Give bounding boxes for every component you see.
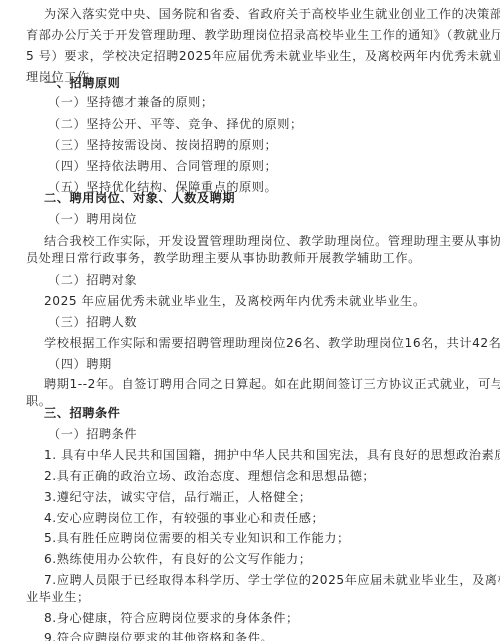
section-2-sub-1-text-1: 结合我校工作实际，开发设置管理助理岗位、教学助理岗位。管理助理主要从事协助学校工… bbox=[44, 233, 500, 249]
section-2-sub-1-title: （一）聘用岗位 bbox=[48, 211, 137, 227]
section-2-sub-3-title: （三）招聘人数 bbox=[48, 314, 137, 330]
section-2-sub-4-text-1: 聘期1--2年。自签订聘用合同之日算起。如在此期间签订三方协议正式就业，可与学校… bbox=[44, 376, 500, 392]
section-2-sub-2-title: （二）招聘对象 bbox=[48, 272, 137, 288]
condition-item-9: 9.符合应聘岗位要求的其他资格和条件。 bbox=[44, 630, 273, 641]
section-2-sub-2-text: 2025 年应届优秀未就业毕业生，及离校两年内优秀未就业毕业生。 bbox=[44, 293, 426, 309]
principle-item-4: （四）坚持依法聘用、合同管理的原则； bbox=[48, 158, 277, 174]
condition-item-4: 4.安心应聘岗位工作，有较强的事业心和责任感； bbox=[44, 510, 324, 526]
condition-item-3: 3.遵纪守法，诚实守信，品行端正，人格健全； bbox=[44, 489, 311, 505]
condition-item-8: 8.身心健康，符合应聘岗位要求的身体条件； bbox=[44, 610, 299, 626]
condition-item-5: 5.具有胜任应聘岗位需要的相关专业知识和工作能力； bbox=[44, 530, 350, 546]
condition-item-2: 2.具有正确的政治立场、政治态度、理想信念和思想品德； bbox=[44, 468, 375, 484]
section-3-sub-1-title: （一）招聘条件 bbox=[48, 426, 137, 442]
condition-item-7-line-2: 业毕业生； bbox=[26, 589, 90, 605]
section-3-title: 三、招聘条件 bbox=[44, 405, 120, 421]
condition-item-1: 1. 具有中华人民共和国国籍，拥护中华人民共和国宪法，具有良好的思想政治素质； bbox=[44, 447, 500, 463]
principle-item-2: （二）坚持公开、平等、竞争、择优的原则； bbox=[48, 116, 303, 132]
section-2-sub-3-text: 学校根据工作实际和需要招聘管理助理岗位26名、教学助理岗位16名，共计42名。 bbox=[44, 335, 500, 351]
section-2-title: 二、聘用岗位、对象、人数及聘期 bbox=[44, 190, 235, 206]
section-2-sub-4-title: （四）聘期 bbox=[48, 356, 112, 372]
principle-item-1: （一）坚持德才兼备的原则； bbox=[48, 94, 214, 110]
intro-line-2: 育部办公厅关于开发管理助理、教学助理岗位招录高校毕业生工作的通知》（教就业厅〔2… bbox=[26, 27, 500, 43]
section-2-sub-1-text-2: 员处理日常行政事务，教学助理主要从事协助教师开展教学辅助工作。 bbox=[26, 250, 421, 266]
principle-item-3: （三）坚持按需设岗、按岗招聘的原则； bbox=[48, 137, 277, 153]
section-1-title: 一、招聘原则 bbox=[44, 75, 120, 91]
condition-item-6: 6.熟练使用办公软件，有良好的公文写作能力； bbox=[44, 551, 311, 567]
intro-line-3: 5 号）要求，学校决定招聘2025年应届优秀未就业毕业生，及离校两年内优秀未就业… bbox=[26, 48, 500, 64]
intro-line-1: 为深入落实党中央、国务院和省委、省政府关于高校毕业生就业创业工作的决策部署，根据… bbox=[44, 6, 500, 22]
condition-item-7-line-1: 7.应聘人员限于已经取得本科学历、学士学位的2025年应届未就业毕业生，及离校两… bbox=[44, 572, 500, 588]
